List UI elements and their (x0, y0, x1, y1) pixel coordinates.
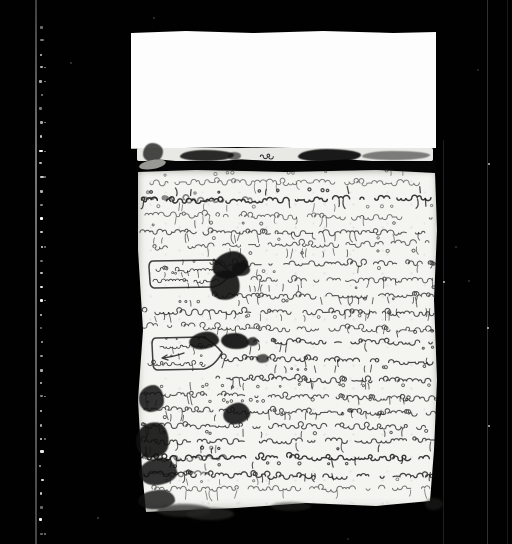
film-sprocket-mark (40, 286, 43, 288)
film-sprocket-mark (44, 122, 46, 124)
film-sprocket-mark (41, 479, 44, 481)
handwritten-bold-overstroke (140, 187, 255, 210)
edge-smudge (186, 508, 234, 520)
film-speck (70, 62, 72, 64)
film-sprocket-mark (40, 299, 43, 302)
film-edge-line (507, 0, 508, 544)
film-sprocket-mark (39, 150, 43, 152)
film-sprocket-mark (40, 190, 42, 193)
film-sprocket-mark (44, 533, 46, 535)
film-bright-dot (443, 281, 445, 283)
film-sprocket-mark (40, 217, 43, 219)
film-sprocket-mark (40, 39, 43, 41)
arrow-stroke (162, 353, 184, 360)
film-sprocket-mark (40, 231, 42, 233)
film-sprocket-mark (40, 135, 42, 137)
stroke (142, 194, 252, 203)
film-bright-dot (488, 163, 490, 165)
film-sprocket-mark (44, 176, 46, 178)
film-bright-dot (488, 425, 490, 427)
film-sprocket-mark (40, 533, 42, 535)
ink-blot (247, 337, 258, 346)
film-speck (455, 246, 457, 248)
film-sprocket-mark (44, 396, 46, 398)
film-sprocket-mark (40, 450, 44, 452)
stroke (153, 278, 219, 284)
film-sprocket-mark (39, 107, 42, 109)
film-sprocket-mark (41, 246, 43, 248)
film-sprocket-mark (40, 382, 42, 384)
stroke (152, 482, 430, 494)
edge-smudge (271, 502, 311, 511)
film-sprocket-mark (39, 518, 42, 520)
film-sprocket-mark (40, 395, 43, 397)
film-sprocket-mark (40, 492, 43, 495)
film-sprocket-mark (40, 272, 43, 274)
film-sprocket-mark (40, 54, 42, 56)
film-sprocket-mark (40, 438, 42, 440)
film-sprocket-mark (41, 341, 43, 343)
film-sprocket-mark (40, 66, 43, 68)
film-speck (97, 517, 99, 519)
edge-scribble (252, 144, 278, 166)
film-edge-line (35, 0, 37, 544)
film-sprocket-mark (44, 81, 46, 83)
ink-blot (232, 262, 250, 276)
film-sprocket-mark (39, 465, 41, 467)
edge-smudge (425, 498, 443, 510)
microfilm-frame (0, 0, 512, 544)
film-sprocket-mark (40, 355, 43, 357)
film-speck (153, 17, 155, 19)
film-sprocket-mark (44, 67, 46, 69)
film-sprocket-mark (40, 204, 43, 206)
blank-label-area (131, 31, 436, 149)
ink-blot (256, 354, 269, 363)
film-sprocket-mark (40, 26, 43, 28)
film-sprocket-mark (44, 246, 46, 248)
film-sprocket-mark (40, 506, 43, 509)
film-speck (347, 538, 349, 540)
film-speck (477, 69, 479, 71)
film-sprocket-mark (44, 151, 46, 153)
film-sprocket-mark (41, 94, 44, 97)
film-sprocket-mark (40, 424, 42, 427)
film-sprocket-mark (40, 369, 43, 371)
film-sprocket-mark (44, 300, 46, 302)
film-sprocket-mark (40, 410, 43, 412)
film-sprocket-mark (44, 438, 46, 440)
arrow-mark (160, 351, 186, 361)
film-sprocket-mark (39, 162, 42, 164)
film-sprocket-mark (40, 121, 43, 124)
film-sprocket-mark (40, 327, 43, 329)
film-edge-line (487, 0, 488, 544)
stroke (147, 190, 197, 194)
film-edge-line (443, 140, 444, 544)
film-sprocket-mark (40, 314, 42, 316)
ink-blot (139, 385, 164, 412)
film-sprocket-mark (40, 260, 43, 262)
film-sprocket-mark (39, 80, 41, 83)
film-bright-dot (487, 327, 489, 329)
film-speck (468, 280, 470, 282)
